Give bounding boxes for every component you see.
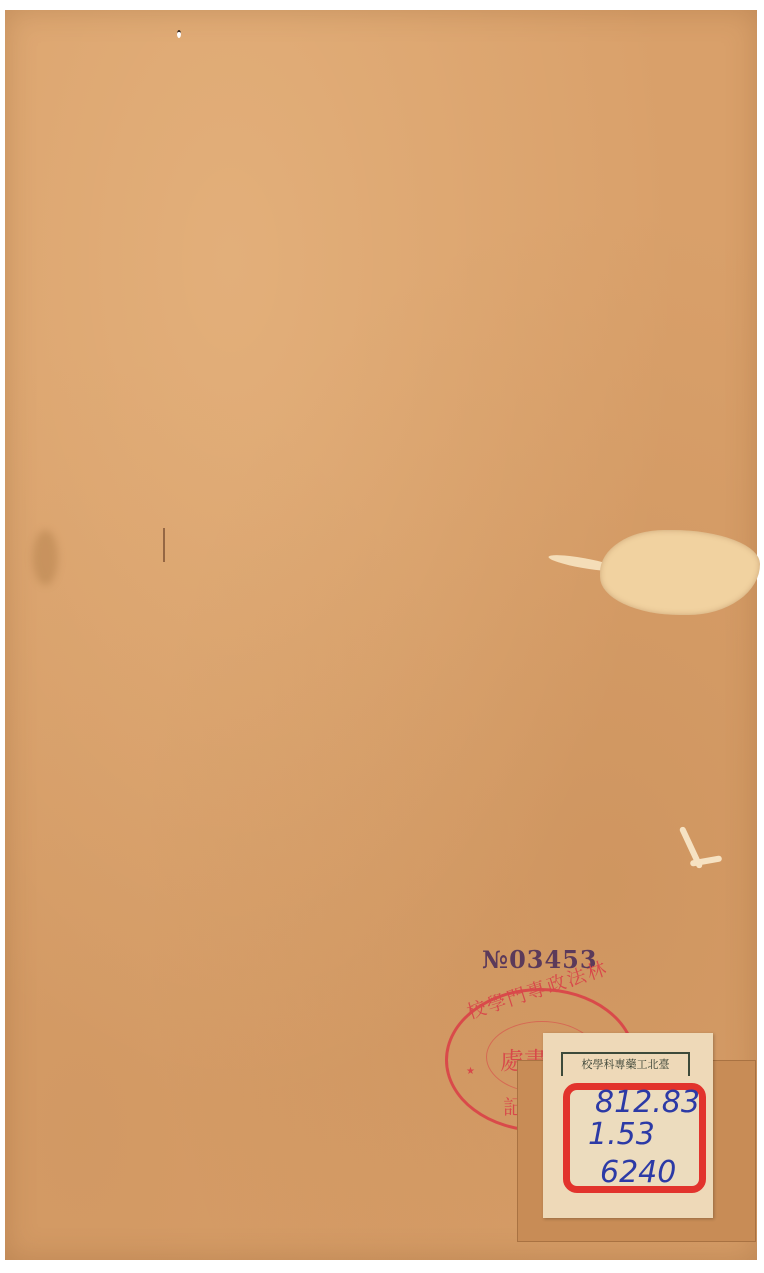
star-icon: ★ bbox=[466, 1066, 475, 1077]
worm-hole bbox=[177, 30, 181, 38]
stain bbox=[33, 530, 58, 585]
paper-tear-large bbox=[600, 530, 760, 615]
paper-tear-small bbox=[680, 820, 720, 870]
scratch-mark bbox=[163, 528, 165, 562]
call-number-line-3: 6240 bbox=[600, 1158, 676, 1188]
label-header: 校學科專藥工北臺 bbox=[561, 1052, 690, 1076]
call-number-line-1: 812.83 bbox=[595, 1088, 700, 1118]
call-number-line-2: 1.53 bbox=[588, 1120, 655, 1150]
